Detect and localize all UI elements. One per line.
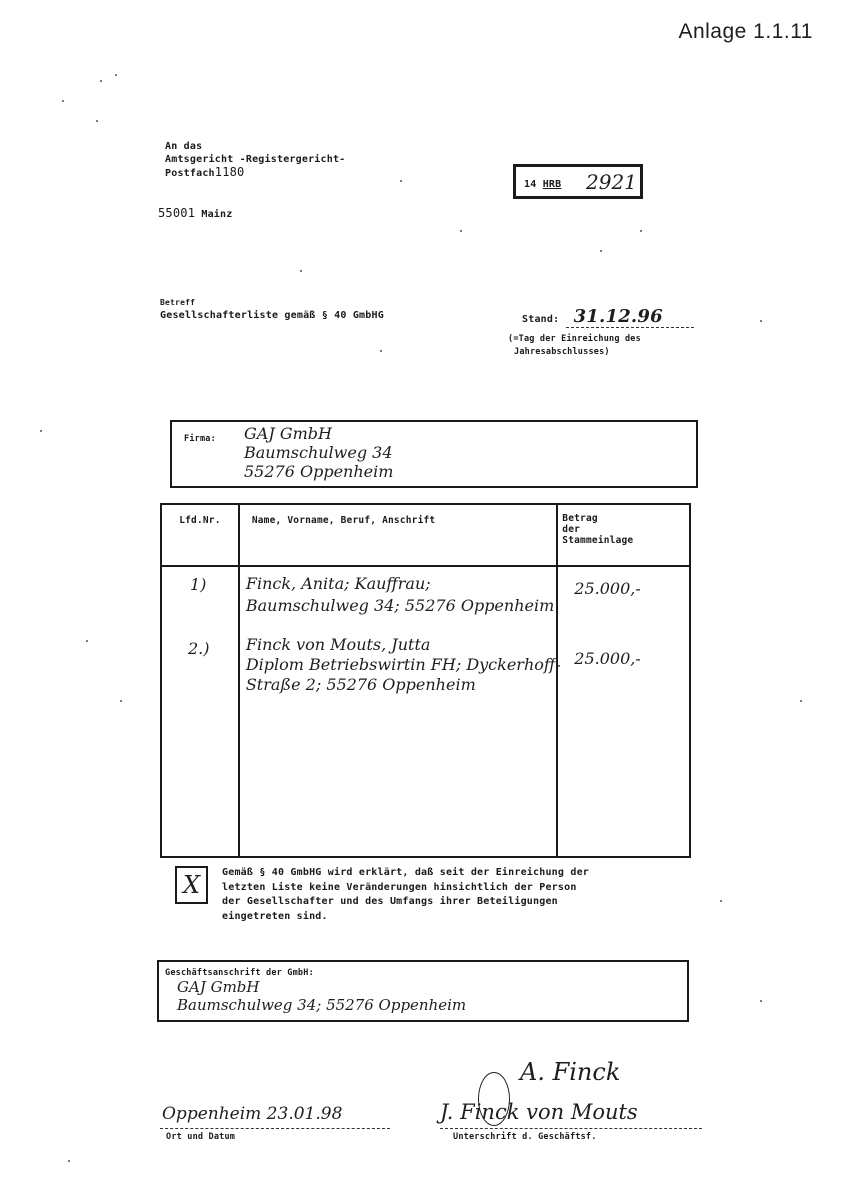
company-label: Firma: bbox=[184, 434, 216, 444]
register-number: 2921 bbox=[586, 170, 637, 194]
declaration-line2: letzten Liste keine Veränderungen hinsic… bbox=[222, 881, 702, 896]
business-address-details: GAJ GmbH Baumschulweg 34; 55276 Oppenhei… bbox=[177, 978, 466, 1014]
declaration-line1: Gemäß § 40 GmbHG wird erklärt, daß seit … bbox=[222, 866, 702, 881]
header-name: Name, Vorname, Beruf, Anschrift bbox=[239, 504, 557, 566]
status-block: Stand: 31.12.96 bbox=[522, 306, 694, 328]
row-2-amount: 25.000,- bbox=[574, 649, 640, 668]
row-1-details: Finck, Anita; Kauffrau; Baumschulweg 34;… bbox=[246, 573, 554, 617]
register-prefix: 14 HRB bbox=[524, 179, 561, 190]
company-details: GAJ GmbH Baumschulweg 34 55276 Oppenheim bbox=[244, 424, 393, 481]
status-note: (=Tag der Einreichung des Jahresabschlus… bbox=[508, 333, 641, 359]
signature-line bbox=[440, 1128, 702, 1129]
company-street: Baumschulweg 34 bbox=[244, 443, 393, 462]
subject-label: Betreff bbox=[160, 296, 384, 309]
place-date-label: Ort und Datum bbox=[166, 1132, 235, 1142]
header-amount: Betrag der Stammeinlage bbox=[557, 504, 690, 566]
recipient-line2: Amtsgericht -Registergericht- bbox=[165, 153, 345, 166]
table-body-row: 1) 2.) Finck, Anita; Kauffrau; Baumschul… bbox=[161, 566, 690, 857]
number-column: 1) 2.) bbox=[161, 566, 239, 857]
business-address-label: Geschäftsanschrift der GmbH: bbox=[165, 968, 314, 978]
business-address-line2: Baumschulweg 34; 55276 Oppenheim bbox=[177, 996, 466, 1014]
status-date: 31.12.96 bbox=[566, 306, 694, 328]
row-1-line1: Finck, Anita; Kauffrau; bbox=[246, 573, 554, 595]
postfach-label: Postfach bbox=[165, 168, 215, 179]
annex-label: Anlage 1.1.11 bbox=[678, 20, 813, 44]
declaration-line3: der Gesellschafter und des Umfangs ihrer… bbox=[222, 895, 702, 910]
shareholder-table: Lfd.Nr. Name, Vorname, Beruf, Anschrift … bbox=[160, 503, 691, 858]
no-changes-checkbox[interactable]: X bbox=[175, 866, 208, 904]
signature-1: A. Finck bbox=[520, 1058, 620, 1086]
amount-column: 25.000,- 25.000,- bbox=[557, 566, 690, 857]
recipient-address: An das Amtsgericht -Registergericht- Pos… bbox=[165, 140, 345, 180]
subject-block: Betreff Gesellschafterliste gemäß § 40 G… bbox=[160, 296, 384, 322]
company-name: GAJ GmbH bbox=[244, 424, 393, 443]
postfach-number: 1180 bbox=[215, 165, 245, 179]
place-date: Oppenheim 23.01.98 bbox=[162, 1104, 342, 1124]
table-header-row: Lfd.Nr. Name, Vorname, Beruf, Anschrift … bbox=[161, 504, 690, 566]
postal-code: 55001 bbox=[158, 206, 195, 220]
status-note-line2: Jahresabschlusses) bbox=[508, 346, 641, 359]
row-2-line1: Finck von Mouts, Jutta bbox=[246, 635, 561, 655]
city: Mainz bbox=[201, 209, 232, 220]
row-1-number: 1) bbox=[190, 575, 206, 594]
row-1-line2: Baumschulweg 34; 55276 Oppenheim bbox=[246, 595, 554, 617]
row-2-number: 2.) bbox=[188, 639, 210, 658]
header-number: Lfd.Nr. bbox=[161, 504, 239, 566]
declaration-line4: eingetreten sind. bbox=[222, 910, 702, 925]
status-label: Stand: bbox=[522, 314, 559, 325]
row-2-details: Finck von Mouts, Jutta Diplom Betriebswi… bbox=[246, 635, 561, 695]
declaration-text: Gemäß § 40 GmbHG wird erklärt, daß seit … bbox=[222, 866, 702, 924]
company-box: Firma: GAJ GmbH Baumschulweg 34 55276 Op… bbox=[170, 420, 698, 488]
signature-flourish bbox=[478, 1072, 510, 1126]
name-column: Finck, Anita; Kauffrau; Baumschulweg 34;… bbox=[239, 566, 557, 857]
company-city: 55276 Oppenheim bbox=[244, 462, 393, 481]
register-number-stamp: 14 HRB 2921 bbox=[513, 164, 643, 199]
signature-2: J. Finck von Mouts bbox=[440, 1100, 638, 1124]
business-address-box: Geschäftsanschrift der GmbH: GAJ GmbH Ba… bbox=[157, 960, 689, 1022]
row-2-line3: Straße 2; 55276 Oppenheim bbox=[246, 675, 561, 695]
signature-label: Unterschrift d. Geschäftsf. bbox=[453, 1132, 597, 1142]
recipient-line1: An das bbox=[165, 140, 345, 153]
row-2-line2: Diplom Betriebswirtin FH; Dyckerhoff- bbox=[246, 655, 561, 675]
recipient-line3: Postfach1180 bbox=[165, 166, 345, 180]
business-address-line1: GAJ GmbH bbox=[177, 978, 466, 996]
row-1-amount: 25.000,- bbox=[574, 579, 640, 598]
subject-title: Gesellschafterliste gemäß § 40 GmbHG bbox=[160, 309, 384, 322]
recipient-city-line: 55001 Mainz bbox=[158, 206, 232, 220]
place-date-line bbox=[160, 1128, 390, 1129]
status-note-line1: (=Tag der Einreichung des bbox=[508, 333, 641, 346]
